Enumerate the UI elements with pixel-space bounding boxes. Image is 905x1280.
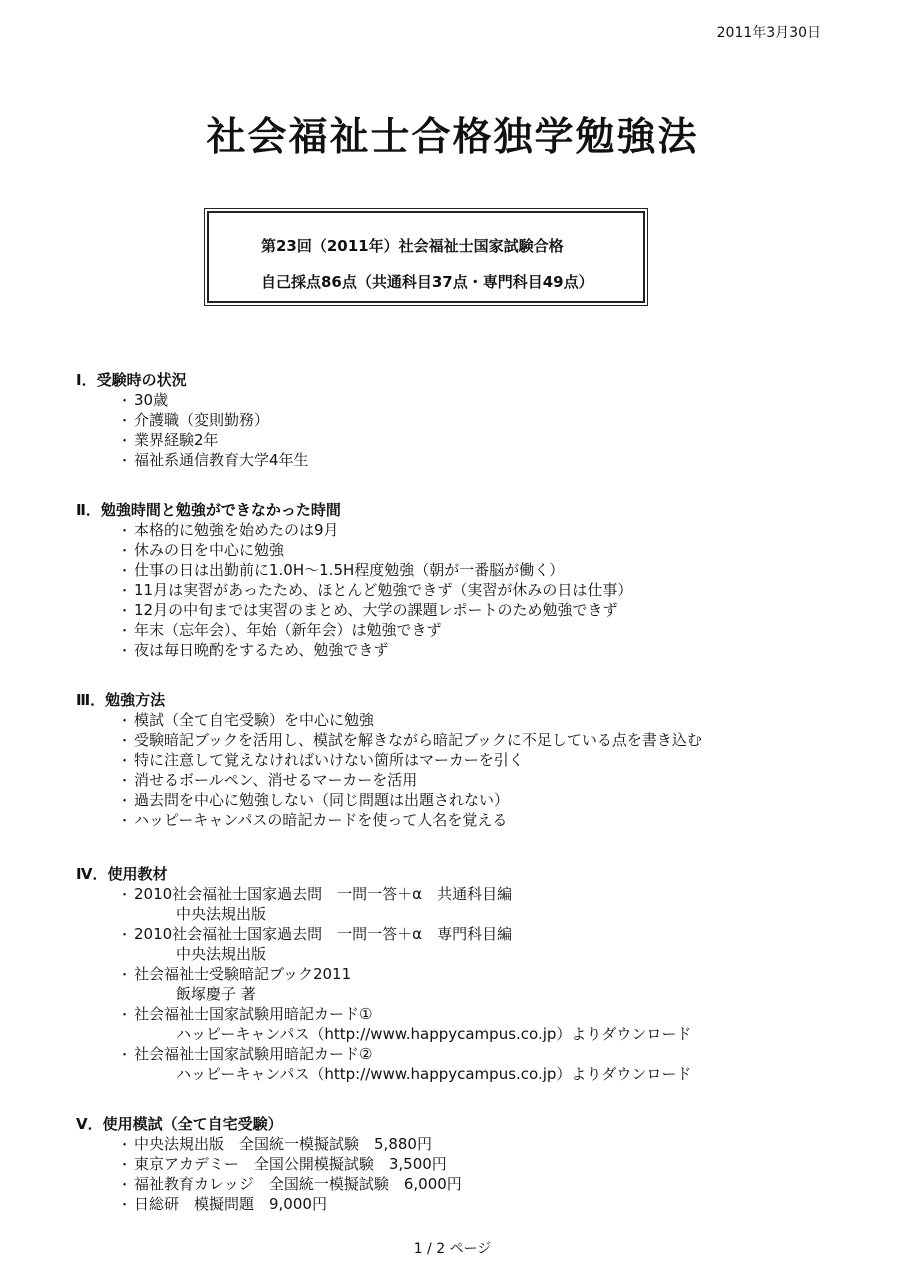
list-item: ・2010社会福祉士国家過去問 一問一答＋α 共通科目編 [76,884,691,904]
list-item: ・受験暗記ブックを活用し、模試を解きながら暗記ブックに不足している点を書き込む [76,730,702,750]
bullet-icon: ・ [118,712,134,732]
bullet-icon: ・ [118,1196,134,1216]
item-text: 2010社会福祉士国家過去問 一問一答＋α 専門科目編 [134,925,512,943]
item-text: 過去問を中心に勉強しない（同じ問題は出題されない） [134,791,509,809]
list-item: ・中央法規出版 全国統一模擬試験 5,880円 [76,1134,462,1154]
list-item: ・仕事の日は出勤前に1.0H～1.5H程度勉強（朝が一番脳が働く） [76,560,632,580]
summary-box: 第23回（2011年）社会福祉士国家試験合格 自己採点86点（共通科目37点・専… [204,208,648,306]
item-text: 仕事の日は出勤前に1.0H～1.5H程度勉強（朝が一番脳が働く） [134,561,564,579]
bullet-icon: ・ [118,1176,134,1196]
item-list: ・2010社会福祉士国家過去問 一問一答＋α 共通科目編 中央法規出版 ・201… [76,884,691,1084]
item-text: 2010社会福祉士国家過去問 一問一答＋α 共通科目編 [134,885,512,903]
section-study-time: Ⅱ．勉強時間と勉強ができなかった時間 ・本格的に勉強を始めたのは9月 ・休みの日… [76,500,632,660]
item-text: 社会福祉士国家試験用暗記カード② [134,1045,372,1063]
section-study-method: Ⅲ．勉強方法 ・模試（全て自宅受験）を中心に勉強 ・受験暗記ブックを活用し、模試… [76,690,702,830]
list-item: ・消せるボールペン、消せるマーカーを活用 [76,770,702,790]
item-text: 休みの日を中心に勉強 [134,541,284,559]
list-item-subtext: 飯塚慶子 著 [76,984,691,1004]
list-item: ・ハッピーキャンパスの暗記カードを使って人名を覚える [76,810,702,830]
section-heading: Ⅰ．受験時の状況 [76,370,309,390]
list-item: ・社会福祉士受験暗記ブック2011 [76,964,691,984]
summary-score: 自己採点86点（共通科目37点・専門科目49点） [261,271,594,292]
item-text: 本格的に勉強を始めたのは9月 [134,521,339,539]
item-text: 模試（全て自宅受験）を中心に勉強 [134,711,374,729]
list-item-subtext: ハッピーキャンパス（http://www.happycampus.co.jp）よ… [76,1064,691,1084]
bullet-icon: ・ [118,966,134,986]
bullet-icon: ・ [118,732,134,752]
section-mock-exams: Ⅴ．使用模試（全て自宅受験） ・中央法規出版 全国統一模擬試験 5,880円 ・… [76,1114,462,1214]
item-text: 社会福祉士受験暗記ブック2011 [134,965,351,983]
bullet-icon: ・ [118,1046,134,1066]
list-item: ・介護職（変則勤務） [76,410,309,430]
bullet-icon: ・ [118,772,134,792]
list-item: ・夜は毎日晩酌をするため、勉強できず [76,640,632,660]
item-text: 日総研 模擬問題 9,000円 [134,1195,327,1213]
bullet-icon: ・ [118,622,134,642]
summary-box-inner: 第23回（2011年）社会福祉士国家試験合格 自己採点86点（共通科目37点・専… [207,211,645,303]
item-text: 介護職（変則勤務） [134,411,269,429]
bullet-icon: ・ [118,582,134,602]
section-heading: Ⅳ．使用教材 [76,864,691,884]
item-list: ・模試（全て自宅受験）を中心に勉強 ・受験暗記ブックを活用し、模試を解きながら暗… [76,710,702,830]
item-text: 年末（忘年会）、年始（新年会）は勉強できず [134,621,442,639]
item-text: 中央法規出版 全国統一模擬試験 5,880円 [134,1135,432,1153]
page-number: 1 / 2 ページ [0,1238,905,1258]
bullet-icon: ・ [118,886,134,906]
page-date: 2011年3月30日 [717,22,821,42]
item-text: 福祉教育カレッジ 全国統一模擬試験 6,000円 [134,1175,462,1193]
bullet-icon: ・ [118,542,134,562]
list-item-subtext: 中央法規出版 [76,944,691,964]
section-materials: Ⅳ．使用教材 ・2010社会福祉士国家過去問 一問一答＋α 共通科目編 中央法規… [76,864,691,1084]
list-item: ・業界経験2年 [76,430,309,450]
bullet-icon: ・ [118,602,134,622]
bullet-icon: ・ [118,392,134,412]
item-text: ハッピーキャンパスの暗記カードを使って人名を覚える [134,811,507,829]
page-title: 社会福祉士合格独学勉強法 [0,106,905,162]
list-item: ・福祉系通信教育大学4年生 [76,450,309,470]
list-item: ・30歳 [76,390,309,410]
item-list: ・30歳 ・介護職（変則勤務） ・業界経験2年 ・福祉系通信教育大学4年生 [76,390,309,470]
item-text: 特に注意して覚えなければいけない箇所はマーカーを引く [134,751,524,769]
item-text: 福祉系通信教育大学4年生 [134,451,309,469]
list-item: ・2010社会福祉士国家過去問 一問一答＋α 専門科目編 [76,924,691,944]
list-item: ・休みの日を中心に勉強 [76,540,632,560]
list-item: ・特に注意して覚えなければいけない箇所はマーカーを引く [76,750,702,770]
item-text: 社会福祉士国家試験用暗記カード① [134,1005,372,1023]
list-item: ・社会福祉士国家試験用暗記カード① [76,1004,691,1024]
bullet-icon: ・ [118,812,134,832]
item-list: ・中央法規出版 全国統一模擬試験 5,880円 ・東京アカデミー 全国公開模擬試… [76,1134,462,1214]
list-item: ・過去問を中心に勉強しない（同じ問題は出題されない） [76,790,702,810]
item-text: 消せるボールペン、消せるマーカーを活用 [134,771,417,789]
bullet-icon: ・ [118,642,134,662]
list-item-subtext: 中央法規出版 [76,904,691,924]
section-situation: Ⅰ．受験時の状況 ・30歳 ・介護職（変則勤務） ・業界経験2年 ・福祉系通信教… [76,370,309,470]
item-text: 東京アカデミー 全国公開模擬試験 3,500円 [134,1155,447,1173]
bullet-icon: ・ [118,412,134,432]
bullet-icon: ・ [118,752,134,772]
list-item-subtext: ハッピーキャンパス（http://www.happycampus.co.jp）よ… [76,1024,691,1044]
section-heading: Ⅱ．勉強時間と勉強ができなかった時間 [76,500,632,520]
bullet-icon: ・ [118,432,134,452]
item-text: 11月は実習があったため、ほとんど勉強できず（実習が休みの日は仕事） [134,581,632,599]
bullet-icon: ・ [118,522,134,542]
list-item: ・福祉教育カレッジ 全国統一模擬試験 6,000円 [76,1174,462,1194]
item-list: ・本格的に勉強を始めたのは9月 ・休みの日を中心に勉強 ・仕事の日は出勤前に1.… [76,520,632,660]
item-text: 受験暗記ブックを活用し、模試を解きながら暗記ブックに不足している点を書き込む [134,731,702,749]
list-item: ・11月は実習があったため、ほとんど勉強できず（実習が休みの日は仕事） [76,580,632,600]
bullet-icon: ・ [118,792,134,812]
bullet-icon: ・ [118,452,134,472]
item-text: 夜は毎日晩酌をするため、勉強できず [134,641,388,659]
list-item: ・12月の中旬までは実習のまとめ、大学の課題レポートのため勉強できず [76,600,632,620]
bullet-icon: ・ [118,562,134,582]
list-item: ・社会福祉士国家試験用暗記カード② [76,1044,691,1064]
list-item: ・日総研 模擬問題 9,000円 [76,1194,462,1214]
list-item: ・本格的に勉強を始めたのは9月 [76,520,632,540]
bullet-icon: ・ [118,1156,134,1176]
bullet-icon: ・ [118,926,134,946]
section-heading: Ⅴ．使用模試（全て自宅受験） [76,1114,462,1134]
item-text: 30歳 [134,391,168,409]
list-item: ・模試（全て自宅受験）を中心に勉強 [76,710,702,730]
item-text: 12月の中旬までは実習のまとめ、大学の課題レポートのため勉強できず [134,601,618,619]
section-heading: Ⅲ．勉強方法 [76,690,702,710]
bullet-icon: ・ [118,1136,134,1156]
list-item: ・年末（忘年会）、年始（新年会）は勉強できず [76,620,632,640]
list-item: ・東京アカデミー 全国公開模擬試験 3,500円 [76,1154,462,1174]
item-text: 業界経験2年 [134,431,219,449]
summary-exam-result: 第23回（2011年）社会福祉士国家試験合格 [261,235,564,256]
bullet-icon: ・ [118,1006,134,1026]
